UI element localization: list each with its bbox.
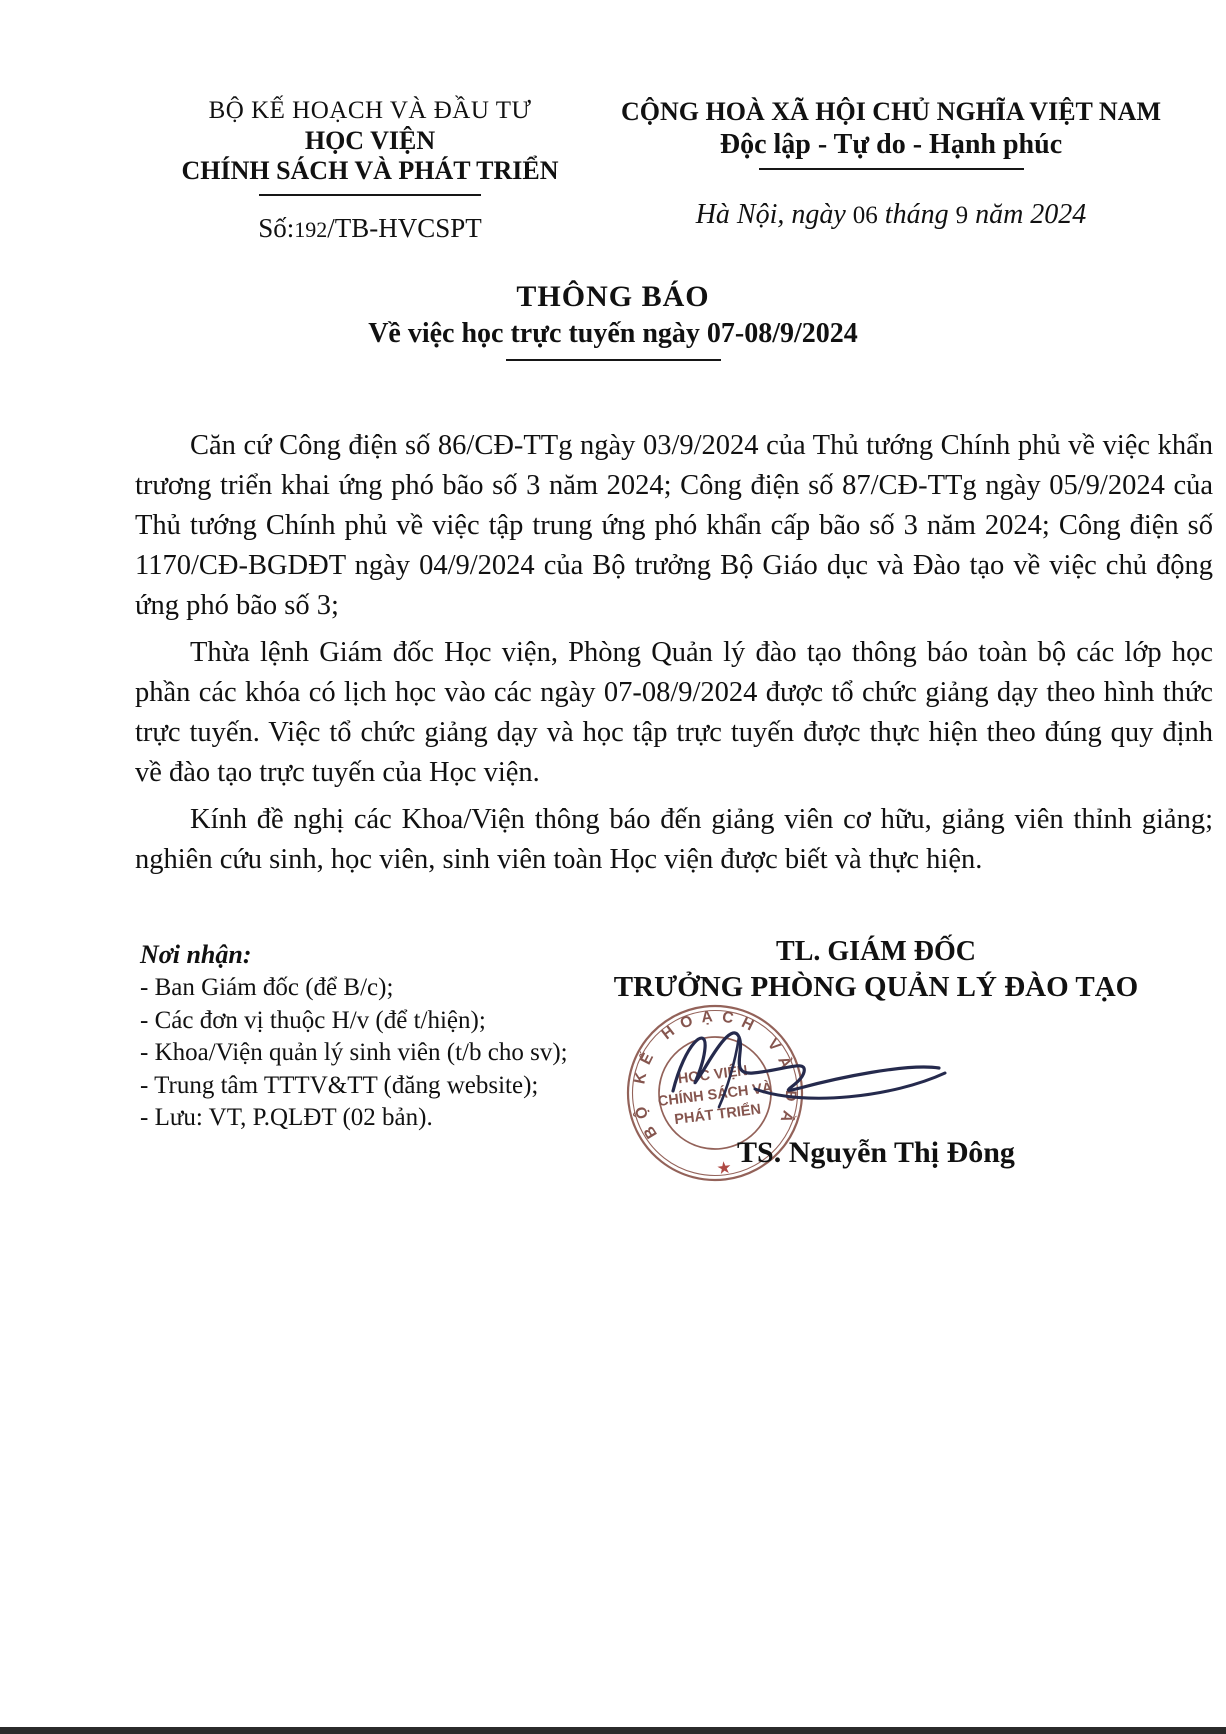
ministry-name: BỘ KẾ HOẠCH VÀ ĐẦU TƯ (150, 96, 590, 126)
signer-title: TRƯỞNG PHÒNG QUẢN LÝ ĐÀO TẠO (600, 971, 1152, 1004)
recipients-block: Nơi nhận: - Ban Giám đốc (để B/c); - Các… (140, 940, 610, 1135)
list-item: - Ban Giám đốc (để B/c); (140, 972, 610, 1005)
academy-name-line1: HỌC VIỆN (150, 126, 590, 157)
paragraph: Căn cứ Công điện số 86/CĐ-TTg ngày 03/9/… (135, 426, 1213, 626)
issuing-agency-block: BỘ KẾ HOẠCH VÀ ĐẦU TƯ HỌC VIỆN CHÍNH SÁC… (150, 96, 590, 245)
doc-number-digits: 192 (294, 217, 327, 242)
date-day: 06 (853, 202, 878, 229)
document-number: Số:192/TB-HVCSPT (150, 213, 590, 245)
doc-number-label: Số: (258, 213, 294, 243)
signer-authority: TL. GIÁM ĐỐC (600, 936, 1152, 968)
place-date-line: Hà Nội, ngày 06 tháng 9 năm 2024 (615, 198, 1167, 232)
national-motto: Độc lập - Tự do - Hạnh phúc (615, 128, 1167, 162)
paragraph: Thừa lệnh Giám đốc Học viện, Phòng Quản … (135, 633, 1213, 793)
doc-number-suffix: /TB-HVCSPT (327, 213, 482, 243)
document-title: THÔNG BÁO (0, 280, 1226, 314)
divider (759, 168, 1024, 170)
date-month: 9 (956, 202, 969, 229)
divider (506, 359, 721, 361)
date-mid: tháng (878, 199, 956, 230)
window-bottom-edge (0, 1727, 1226, 1734)
list-item: - Khoa/Viện quản lý sinh viên (t/b cho s… (140, 1037, 610, 1070)
signer-name: TS. Nguyễn Thị Đông (600, 1136, 1152, 1170)
list-item: - Lưu: VT, P.QLĐT (02 bản). (140, 1102, 610, 1135)
recipients-label: Nơi nhận: (140, 940, 610, 970)
signature-block: TL. GIÁM ĐỐC TRƯỞNG PHÒNG QUẢN LÝ ĐÀO TẠ… (600, 936, 1152, 1004)
national-header-block: CỘNG HOÀ XÃ HỘI CHỦ NGHĨA VIỆT NAM Độc l… (615, 96, 1167, 231)
recipients-list: - Ban Giám đốc (để B/c); - Các đơn vị th… (140, 972, 610, 1135)
date-suffix: năm 2024 (968, 199, 1086, 230)
national-name: CỘNG HOÀ XÃ HỘI CHỦ NGHĨA VIỆT NAM (615, 96, 1167, 127)
document-title-block: THÔNG BÁO Về việc học trực tuyến ngày 07… (0, 280, 1226, 361)
list-item: - Trung tâm TTTV&TT (đăng website); (140, 1070, 610, 1103)
academy-name-line2: CHÍNH SÁCH VÀ PHÁT TRIỂN (150, 156, 590, 187)
signature-strokes (655, 1003, 955, 1123)
handwritten-signature (655, 1003, 955, 1123)
document-page: BỘ KẾ HOẠCH VÀ ĐẦU TƯ HỌC VIỆN CHÍNH SÁC… (0, 0, 1226, 1734)
paragraph: Kính đề nghị các Khoa/Viện thông báo đến… (135, 800, 1213, 880)
document-subtitle: Về việc học trực tuyến ngày 07-08/9/2024 (0, 318, 1226, 350)
list-item: - Các đơn vị thuộc H/v (để t/hiện); (140, 1005, 610, 1038)
divider (259, 194, 481, 196)
document-body: Căn cứ Công điện số 86/CĐ-TTg ngày 03/9/… (135, 426, 1213, 887)
date-prefix: Hà Nội, ngày (696, 199, 853, 230)
